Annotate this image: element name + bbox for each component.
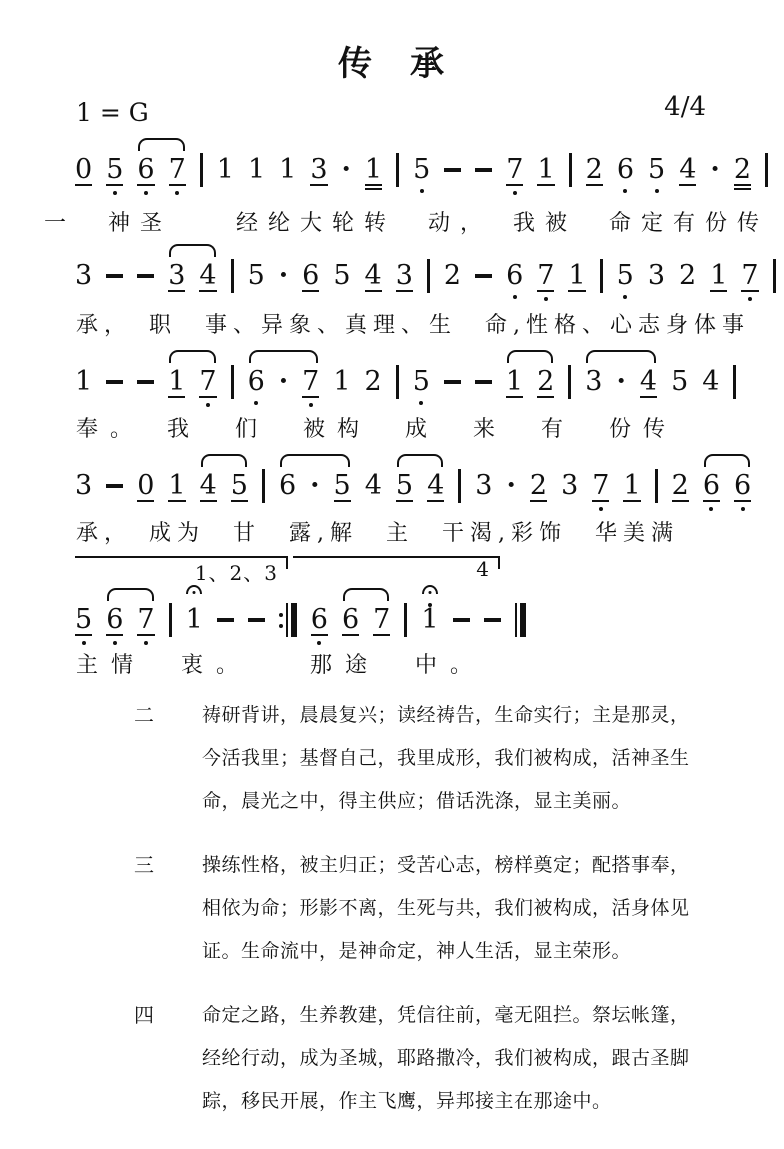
verse-2-line-2: 今活我里；基督自己，我里成形，我们被构成，活神圣生	[202, 737, 690, 780]
duration-dash	[453, 618, 470, 622]
note: 4	[365, 468, 382, 504]
low-octave-dot	[513, 191, 517, 195]
verse-3-number: 三	[134, 844, 158, 973]
verse-4-line-1: 命定之路，生养教建，凭信往前，毫无阻拦。祭坛帐篷，	[202, 994, 690, 1037]
note: 3	[396, 258, 413, 294]
note: 6	[703, 468, 720, 504]
note: 3	[168, 258, 185, 294]
note: 0	[75, 152, 92, 188]
verse-3-line-3: 证。生命流中，是神命定，神人生活，显主荣形。	[202, 930, 690, 973]
duration-dash	[484, 618, 501, 622]
duration-dash	[475, 168, 492, 172]
note-number: 3	[585, 366, 602, 397]
note-number: 4	[640, 366, 657, 397]
verse-4-line-2: 经纶行动，成为圣城，耶路撒冷，我们被构成，跟古圣脚	[202, 1037, 690, 1080]
note: 5	[75, 602, 92, 638]
barline	[396, 153, 399, 187]
low-octave-dot	[623, 295, 627, 299]
low-octave-dot	[309, 403, 313, 407]
thin-barline	[515, 603, 517, 637]
note-number: 1	[279, 154, 296, 185]
note: 4	[365, 258, 382, 294]
eighth-underline	[373, 634, 390, 636]
low-octave-dot	[317, 641, 321, 645]
note: 2	[672, 468, 689, 504]
eighth-underline	[302, 290, 319, 292]
note-number: 3	[561, 470, 578, 501]
key-signature: 1 = G	[76, 98, 149, 127]
eighth-underline	[506, 184, 523, 186]
note-number: 5	[617, 260, 634, 291]
eighth-underline	[310, 184, 327, 186]
note-number: 5	[413, 366, 430, 397]
note: 7	[137, 602, 154, 638]
note: 6	[506, 258, 523, 294]
notation-line-1: 05671113·15712654·2	[75, 152, 768, 188]
note: 5	[413, 364, 430, 400]
verse-4-line-3: 踪，移民开展，作主飞鹰，异邦接主在那途中。	[202, 1080, 690, 1123]
slur-group: 66	[703, 468, 751, 504]
note-number: 7	[741, 260, 758, 291]
augmentation-dot: ·	[342, 152, 351, 188]
augmentation-dot: ·	[506, 468, 515, 504]
note-number: 6	[106, 604, 123, 635]
note-number: 1	[506, 366, 523, 397]
eighth-underline	[137, 634, 154, 636]
slur-group: 67	[106, 602, 154, 638]
note-number: 7	[137, 604, 154, 635]
note: 3	[475, 468, 492, 504]
note-number: 1	[365, 154, 382, 185]
eighth-underline	[506, 396, 523, 398]
low-octave-dot	[144, 641, 148, 645]
slur-group: 45	[200, 468, 248, 504]
note-number: 1	[75, 366, 92, 397]
note: 1	[506, 364, 523, 400]
thick-barline	[291, 603, 297, 637]
note-number: 7	[302, 366, 319, 397]
volta-label-4: 4	[476, 557, 490, 581]
duration-dash	[444, 168, 461, 172]
barline	[231, 259, 234, 293]
eighth-underline	[640, 396, 657, 398]
thin-barline	[286, 603, 288, 637]
low-octave-dot	[741, 507, 745, 511]
barline	[231, 365, 234, 399]
note: 2	[586, 152, 603, 188]
note-number: 5	[333, 260, 350, 291]
song-sheet: 传 承 1 = G 4/4 05671113·15712654·2 一 神圣 经…	[0, 0, 784, 1149]
note-number: 4	[365, 470, 382, 501]
note: 6	[137, 152, 154, 188]
repeat-dot	[279, 624, 283, 628]
slur-group: 34	[168, 258, 216, 294]
note-number: 1	[421, 604, 438, 635]
note-number: 2	[365, 366, 382, 397]
eighth-underline	[672, 500, 689, 502]
eighth-underline	[75, 634, 92, 636]
note: 6	[617, 152, 634, 188]
note: 7	[199, 364, 216, 400]
note-number: 6	[506, 260, 523, 291]
note: 2	[679, 258, 696, 294]
note-number: 2	[672, 470, 689, 501]
note: 3	[648, 258, 665, 294]
note: 5	[106, 152, 123, 188]
song-title: 传 承	[0, 36, 784, 85]
slur-group: 54	[396, 468, 444, 504]
note: 7	[169, 152, 186, 188]
note-number: 1	[217, 154, 234, 185]
note: 5	[231, 468, 248, 504]
eighth-underline	[427, 500, 444, 502]
eighth-underline	[199, 396, 216, 398]
note-number: 2	[530, 470, 547, 501]
barline	[655, 469, 658, 503]
sixteenth-underline	[365, 188, 382, 190]
note-number: 0	[75, 154, 92, 185]
augmentation-dot: ·	[616, 364, 625, 400]
barline	[262, 469, 265, 503]
note-number: 6	[137, 154, 154, 185]
note: 3	[75, 468, 92, 504]
note: 6	[248, 364, 265, 400]
lyric-line-3: 奉。 我 们 被构 成 来 有 份传	[76, 412, 677, 443]
note: 5	[617, 258, 634, 294]
note-number: 7	[592, 470, 609, 501]
verse-4-number: 四	[134, 994, 158, 1123]
note: 1	[623, 468, 640, 504]
barline	[600, 259, 603, 293]
low-octave-dot	[709, 507, 713, 511]
notation-line-2: 3345·6543267153217	[75, 258, 776, 294]
fermata-icon	[422, 585, 438, 594]
note: 6	[106, 602, 123, 638]
eighth-underline	[396, 500, 413, 502]
note: 2	[444, 258, 461, 294]
note: 5	[248, 258, 265, 294]
low-octave-dot	[419, 401, 423, 405]
eighth-underline	[75, 184, 92, 186]
note: 5	[334, 468, 351, 504]
lyric-line-2: 承， 职 事、异象、真理、生 命,性格、心志身体事	[76, 308, 750, 339]
note-number: 5	[231, 470, 248, 501]
note-number: 1	[168, 470, 185, 501]
barline	[568, 365, 571, 399]
note-number: 6	[703, 470, 720, 501]
note: 6	[342, 602, 359, 638]
eighth-underline	[365, 184, 382, 186]
note: 1	[537, 152, 554, 188]
note: 6	[311, 602, 328, 638]
note-number: 7	[506, 154, 523, 185]
note: 1	[248, 152, 265, 188]
augmentation-dot: ·	[279, 258, 288, 294]
eighth-underline	[365, 290, 382, 292]
note-number: 4	[702, 366, 719, 397]
fermata-icon	[186, 585, 202, 594]
eighth-underline	[168, 290, 185, 292]
eighth-underline	[106, 184, 123, 186]
note-number: 3	[310, 154, 327, 185]
volta-bracket-4: 4	[293, 556, 500, 569]
duration-dash	[106, 484, 123, 488]
verse-2: 二 祷研背讲，晨晨复兴；读经祷告，生命实行；主是那灵， 今活我里；基督自己，我里…	[134, 694, 694, 823]
note-number: 5	[334, 470, 351, 501]
eighth-underline	[342, 634, 359, 636]
verse-3: 三 操练性格，被主归正；受苦心志，榜样奠定；配搭事奉， 相依为命；形影不离，生死…	[134, 844, 694, 973]
barline	[458, 469, 461, 503]
low-octave-dot	[513, 295, 517, 299]
note: 3	[561, 468, 578, 504]
volta-label-123: 1、2、3	[195, 557, 278, 586]
slur-group: 3·4	[585, 364, 657, 400]
note: 5	[396, 468, 413, 504]
augmentation-dot: ·	[710, 152, 719, 188]
note: 4	[199, 258, 216, 294]
time-signature: 4/4	[664, 92, 706, 122]
note: 6	[734, 468, 751, 504]
note-number: 1	[537, 154, 554, 185]
eighth-underline	[703, 500, 720, 502]
barline	[427, 259, 430, 293]
barline	[773, 259, 776, 293]
note-number: 5	[396, 470, 413, 501]
note: 4	[640, 364, 657, 400]
barline	[396, 365, 399, 399]
low-octave-dot	[206, 403, 210, 407]
barline	[404, 603, 407, 637]
note-number: 3	[396, 260, 413, 291]
note-number: 6	[617, 154, 634, 185]
low-octave-dot	[175, 191, 179, 195]
note-number: 6	[311, 604, 328, 635]
note: 2	[734, 152, 751, 188]
low-octave-dot	[599, 507, 603, 511]
note-number: 3	[75, 260, 92, 291]
note: 2	[530, 468, 547, 504]
slur-group: 6·5	[279, 468, 351, 504]
note: 1	[75, 364, 92, 400]
note: 5	[671, 364, 688, 400]
note-number: 6	[734, 470, 751, 501]
duration-dash	[106, 380, 123, 384]
lyric-line-5: 主情 衷。 那途 中。	[76, 648, 485, 679]
eighth-underline	[137, 184, 154, 186]
note-number: 5	[413, 154, 430, 185]
slur-group: 67	[137, 152, 185, 188]
final-barline	[515, 602, 526, 638]
note-number: 3	[75, 470, 92, 501]
note: 1	[568, 258, 585, 294]
verse-section: 二 祷研背讲，晨晨复兴；读经祷告，生命实行；主是那灵， 今活我里；基督自己，我里…	[134, 694, 694, 1144]
verse-2-line-1: 祷研背讲，晨晨复兴；读经祷告，生命实行；主是那灵，	[202, 694, 690, 737]
eighth-underline	[168, 500, 185, 502]
duration-dash	[444, 380, 461, 384]
duration-dash	[248, 618, 265, 622]
low-octave-dot	[113, 191, 117, 195]
note: 3	[585, 364, 602, 400]
note-number: 2	[537, 366, 554, 397]
barline	[765, 153, 768, 187]
duration-dash	[217, 618, 234, 622]
note: 1	[168, 364, 185, 400]
note: 1	[168, 468, 185, 504]
eighth-underline	[199, 290, 216, 292]
eighth-underline	[586, 184, 603, 186]
note-number: 1	[568, 260, 585, 291]
duration-dash	[106, 274, 123, 278]
note-number: 3	[475, 470, 492, 501]
eighth-underline	[734, 500, 751, 502]
note-number: 5	[106, 154, 123, 185]
note: 7	[592, 468, 609, 504]
note-number: 2	[444, 260, 461, 291]
note-number: 5	[648, 154, 665, 185]
duration-dash	[475, 380, 492, 384]
eighth-underline	[200, 500, 217, 502]
repeat-dots	[279, 613, 283, 628]
note-number: 0	[137, 470, 154, 501]
repeat-end-barline	[279, 602, 297, 638]
note-number: 5	[75, 604, 92, 635]
slur-group: 17	[168, 364, 216, 400]
note-number: 2	[586, 154, 603, 185]
notation-line-5: 56716671	[75, 602, 526, 638]
note: 4	[679, 152, 696, 188]
low-octave-dot	[113, 641, 117, 645]
note: 1	[365, 152, 382, 188]
eighth-underline	[710, 290, 727, 292]
slur-group: 6·7	[248, 364, 320, 400]
eighth-underline	[137, 500, 154, 502]
low-octave-dot	[254, 401, 258, 405]
eighth-underline	[106, 634, 123, 636]
verse-3-line-1: 操练性格，被主归正；受苦心志，榜样奠定；配搭事奉，	[202, 844, 690, 887]
augmentation-dot: ·	[279, 364, 288, 400]
note: 0	[137, 468, 154, 504]
note: 1	[421, 602, 438, 638]
slur-group: 12	[506, 364, 554, 400]
note-number: 4	[200, 470, 217, 501]
verse-2-line-3: 命，晨光之中，得主供应；借话洗涤，显主美丽。	[202, 780, 690, 823]
note-number: 6	[279, 470, 296, 501]
eighth-underline	[396, 290, 413, 292]
note: 1	[217, 152, 234, 188]
note: 7	[537, 258, 554, 294]
volta-bracket-123: 1、2、3	[75, 556, 288, 569]
note-number: 3	[168, 260, 185, 291]
low-octave-dot	[748, 297, 752, 301]
barline	[169, 603, 172, 637]
eighth-underline	[537, 184, 554, 186]
note-number: 6	[302, 260, 319, 291]
note: 7	[373, 602, 390, 638]
duration-dash	[137, 274, 154, 278]
verse-3-line-2: 相依为命；形影不离，生死与共，我们被构成，活身体见	[202, 887, 690, 930]
lyric-line-1: 一 神圣 经纶大轮转 动， 我被 命定有份传	[44, 206, 769, 237]
note: 4	[427, 468, 444, 504]
note-number: 6	[248, 366, 265, 397]
note: 4	[702, 364, 719, 400]
eighth-underline	[311, 634, 328, 636]
low-octave-dot	[144, 191, 148, 195]
note: 1	[333, 364, 350, 400]
eighth-underline	[592, 500, 609, 502]
barline	[569, 153, 572, 187]
thick-barline	[520, 603, 526, 637]
note: 2	[365, 364, 382, 400]
eighth-underline	[734, 184, 751, 186]
verse-2-number: 二	[134, 694, 158, 823]
note-number: 1	[623, 470, 640, 501]
note: 3	[75, 258, 92, 294]
eighth-underline	[623, 500, 640, 502]
eighth-underline	[530, 500, 547, 502]
barline	[200, 153, 203, 187]
note: 1	[279, 152, 296, 188]
note-number: 4	[365, 260, 382, 291]
augmentation-dot: ·	[310, 468, 319, 504]
note-number: 3	[648, 260, 665, 291]
low-octave-dot	[544, 297, 548, 301]
low-octave-dot	[623, 189, 627, 193]
eighth-underline	[168, 396, 185, 398]
low-octave-dot	[82, 641, 86, 645]
eighth-underline	[169, 184, 186, 186]
note-number: 5	[671, 366, 688, 397]
verse-2-text: 祷研背讲，晨晨复兴；读经祷告，生命实行；主是那灵， 今活我里；基督自己，我里成形…	[202, 694, 690, 823]
note-number: 1	[710, 260, 727, 291]
note-number: 4	[679, 154, 696, 185]
verse-3-text: 操练性格，被主归正；受苦心志，榜样奠定；配搭事奉， 相依为命；形影不离，生死与共…	[202, 844, 690, 973]
note-number: 1	[333, 366, 350, 397]
eighth-underline	[537, 396, 554, 398]
note-number: 1	[248, 154, 265, 185]
eighth-underline	[334, 500, 351, 502]
eighth-underline	[679, 184, 696, 186]
note-number: 2	[734, 154, 751, 185]
note-number: 5	[248, 260, 265, 291]
barline	[733, 365, 736, 399]
note: 1	[186, 602, 203, 638]
sixteenth-underline	[734, 188, 751, 190]
low-octave-dot	[655, 189, 659, 193]
note: 3	[310, 152, 327, 188]
note: 1	[710, 258, 727, 294]
lyric-line-4: 承， 成为 甘 露,解 主 干渴,彩饰 华美满	[76, 516, 679, 547]
note-number: 2	[679, 260, 696, 291]
slur-group: 67	[342, 602, 390, 638]
eighth-underline	[231, 500, 248, 502]
eighth-underline	[302, 396, 319, 398]
eighth-underline	[741, 290, 758, 292]
note: 4	[200, 468, 217, 504]
note-number: 6	[342, 604, 359, 635]
note: 7	[506, 152, 523, 188]
verse-4-text: 命定之路，生养教建，凭信往前，毫无阻拦。祭坛帐篷， 经纶行动，成为圣城，耶路撒冷…	[202, 994, 690, 1123]
repeat-dot	[279, 613, 283, 617]
eighth-underline	[568, 290, 585, 292]
note: 5	[333, 258, 350, 294]
note-number: 7	[199, 366, 216, 397]
high-octave-dot	[428, 603, 432, 607]
duration-dash	[475, 274, 492, 278]
note-number: 7	[537, 260, 554, 291]
note-number: 4	[199, 260, 216, 291]
note: 6	[302, 258, 319, 294]
note: 7	[741, 258, 758, 294]
